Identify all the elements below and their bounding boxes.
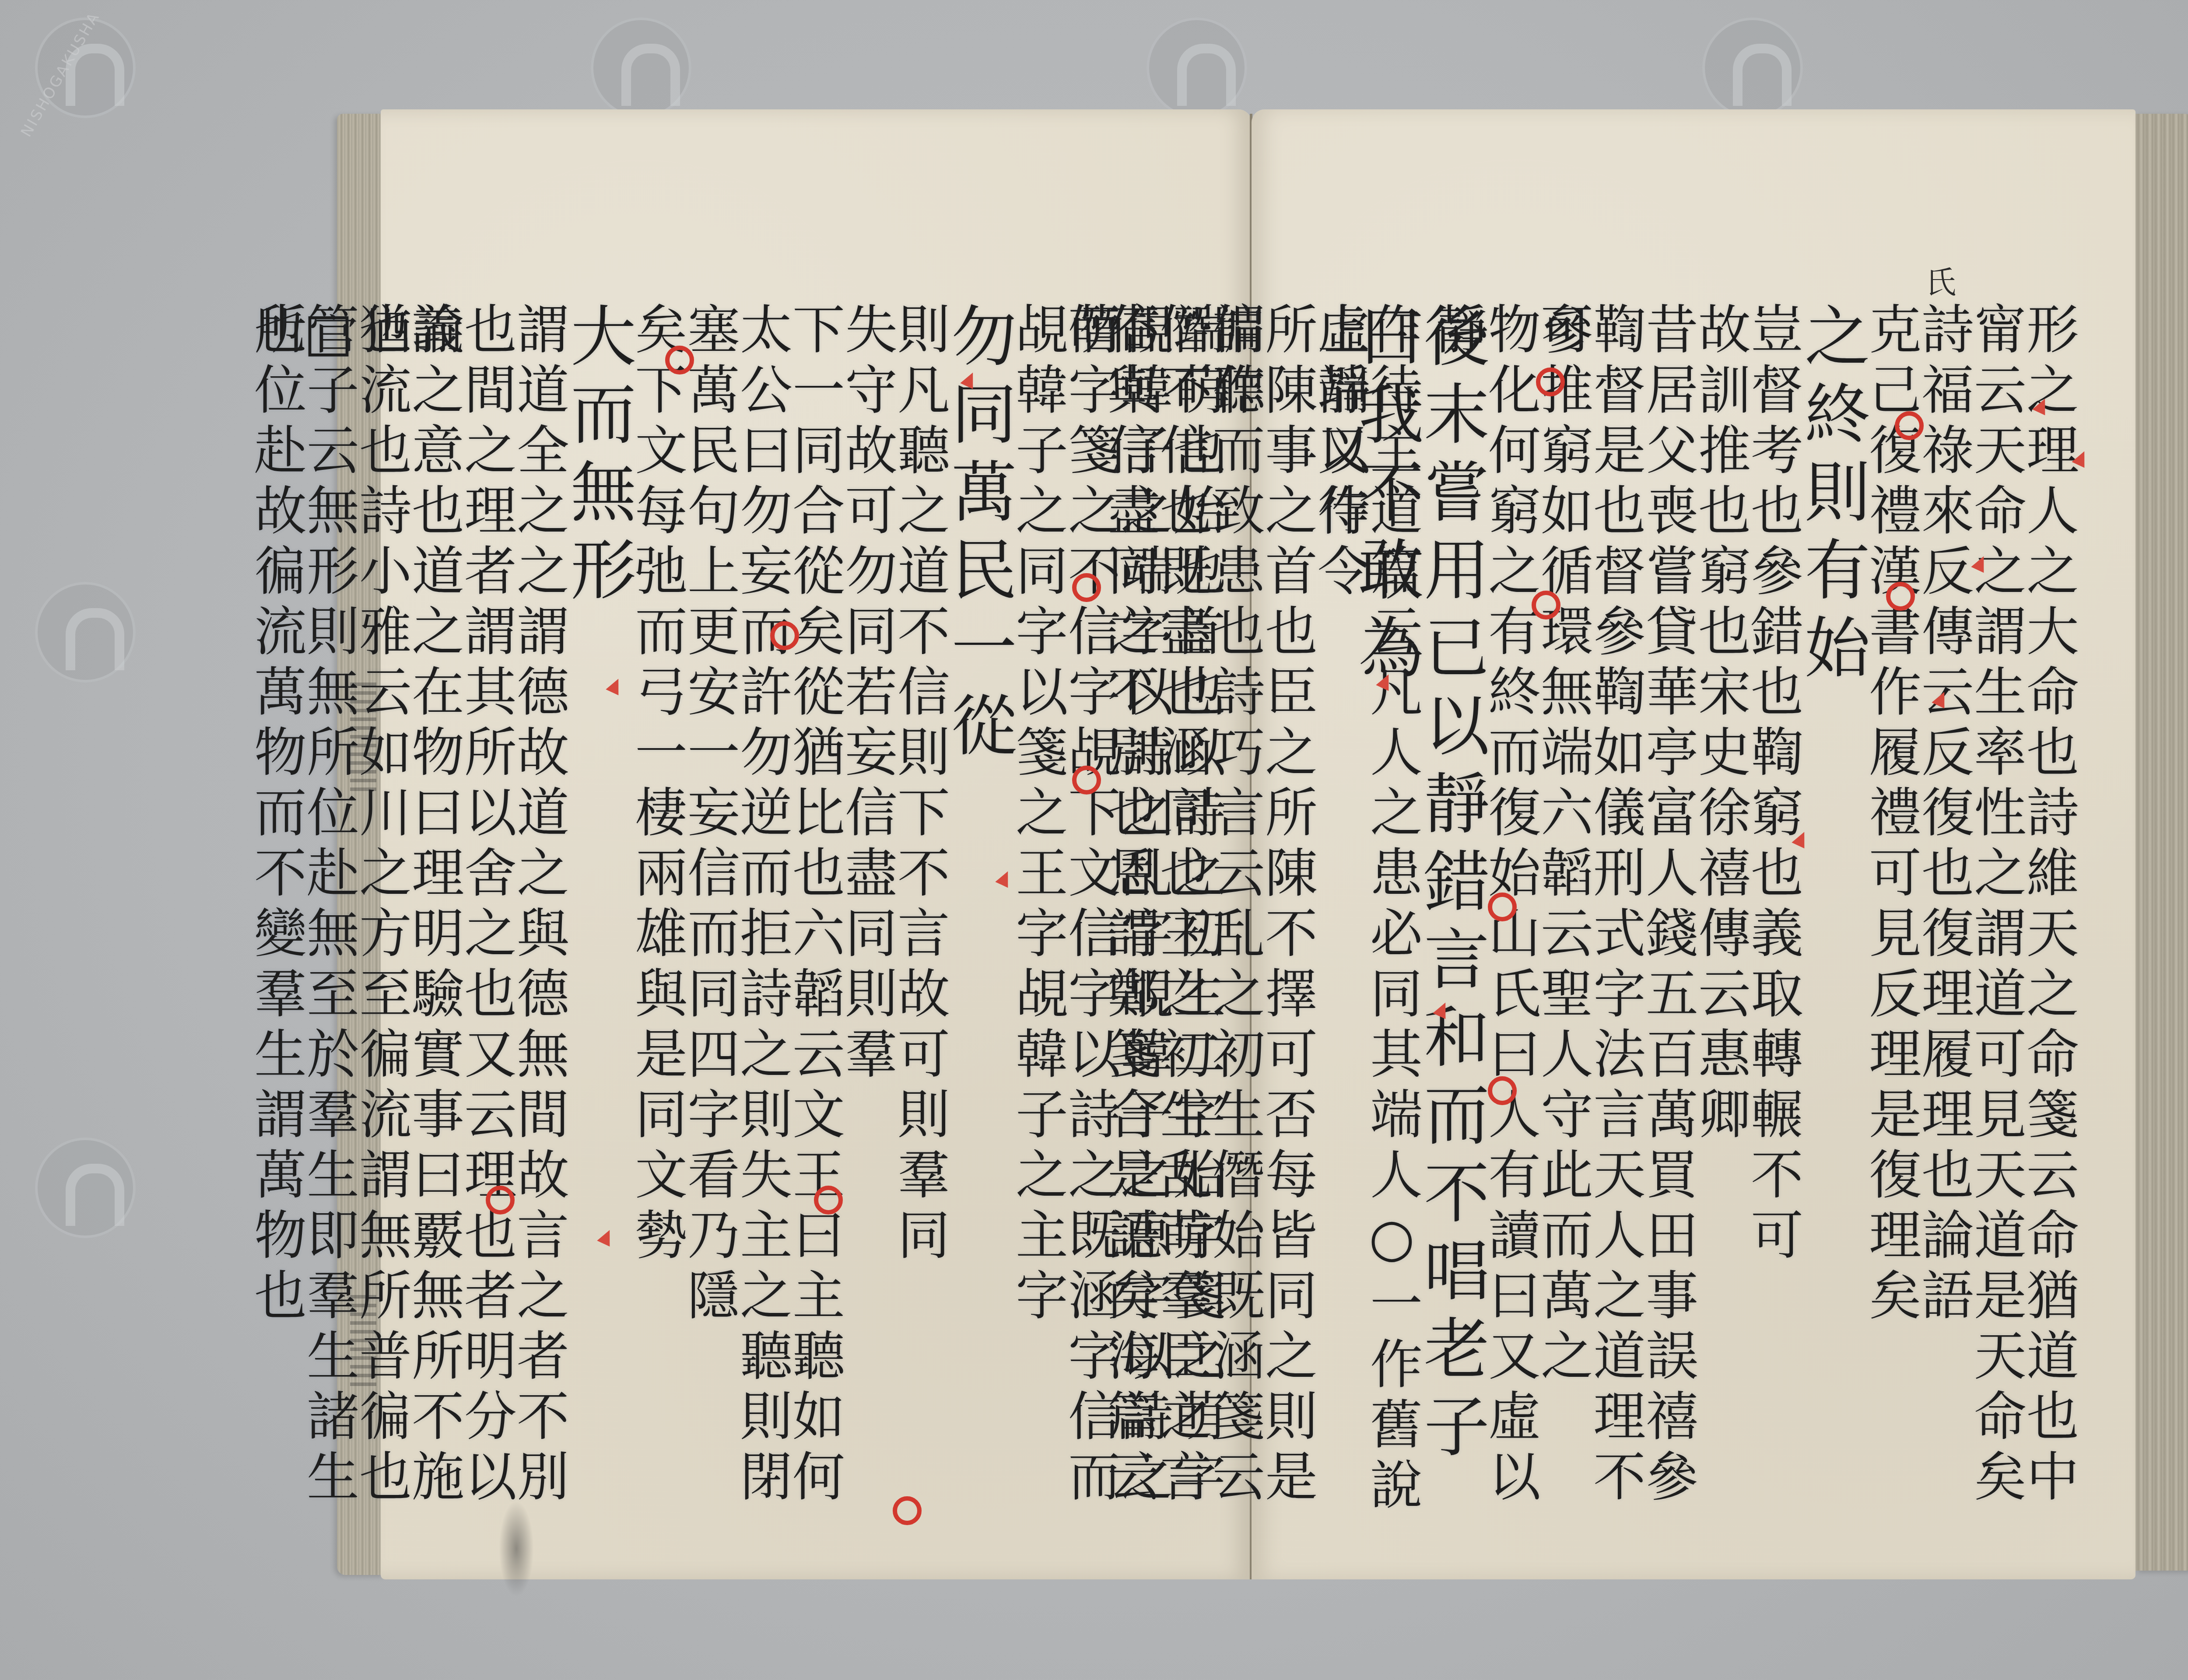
text-column: 下一同合從矣從猶比也六韜云文王曰主聽如何 <box>788 302 840 1518</box>
text-column: 矣下文每弛而弓一棲兩雄與是同文勢 <box>630 302 683 1518</box>
main-text-column: 大而無形 <box>565 302 630 1518</box>
text-column: 詩福祿來反傳云反復也復理履理也論語 <box>1917 302 1969 1518</box>
main-text-column: 之終則有始 <box>1799 302 1864 1518</box>
red-circle-annotation <box>1886 582 1915 611</box>
right-page-text: 形之理人之大命也詩維天之命箋云命猶道也中 甯云天命之謂生率性之謂道可見天道是天命… <box>1282 302 2074 1518</box>
text-column: 鞫督是也督參鞫如儀刑式字法言天人之道理不參 <box>1588 302 1641 1518</box>
open-book: 端萌也始也首也以詩之初生二字始字箋之萌字 覘韓子之端字以詩之乱字覘韓子之恵字以詩… <box>337 105 2188 1584</box>
red-circle-annotation <box>486 1186 515 1214</box>
nishogakusha-logo-icon <box>35 1137 136 1238</box>
text-column: 形之理人之大命也詩維天之命箋云命猶道也中 <box>2022 302 2074 1518</box>
text-column: 豈督考也參錯也鞫窮也義取轉輾不可 <box>1746 302 1799 1518</box>
text-column: 則凡聽之道不信則下不言故可則羣同 <box>893 302 945 1518</box>
text-column: 猶流也詩小雅云如川之方至徧流謂無所普徧也□ <box>354 302 407 1518</box>
red-circle-annotation <box>814 1186 843 1214</box>
text-column: 太公曰勿妄而許勿逆而拒詩之則失主之聽則閉 <box>735 302 788 1518</box>
main-text-column: 勿同萬民一從 <box>945 302 1011 1518</box>
red-circle-annotation <box>1536 367 1565 396</box>
text-column: 僭不信也既盡也涵同也王之初生乱萌羣臣之言不 <box>1155 302 1208 1518</box>
red-circle-annotation <box>665 346 694 374</box>
red-circle-annotation <box>1532 591 1560 619</box>
red-circle-annotation <box>1488 892 1517 921</box>
red-circle-annotation <box>770 621 799 650</box>
text-column: 也間之理者謂其所以舍之也又云理也者明分以諭 <box>459 302 512 1518</box>
ink-smudge <box>499 1501 534 1597</box>
red-circle-annotation <box>1072 573 1101 602</box>
red-circle-annotation <box>1895 411 1924 440</box>
text-column: 可推窮如循環無端六韜云聖人守此而萬之 <box>1536 302 1588 1518</box>
folio-mark: 氏 <box>1925 258 1956 302</box>
text-column: 義之意也道之在物曰理明驗實事曰覈無所不施也 <box>407 302 459 1518</box>
red-circle-annotation <box>1072 766 1101 794</box>
text-column: 所位赴故徧流萬物而不變羣生謂萬物也 <box>249 302 302 1518</box>
text-column: 謂道全之之謂德故道之與德無間故言之者不別 <box>512 302 565 1518</box>
nishogakusha-logo-icon <box>35 582 136 682</box>
text-column: 昔居父喪嘗貸華亭富人錢五百萬買田事誤禧參 <box>1641 302 1694 1518</box>
text-column: 甯云天命之謂生率性之謂道可見天道是天命矣 <box>1969 302 2022 1518</box>
text-column: 失守故可勿同若妄信盡同則羣 <box>840 302 893 1518</box>
right-fore-edge <box>2135 114 2188 1571</box>
right-page: 氏 形之理人之大命也詩維天之命箋云命猶道也中 甯云天命之謂生率性之謂道可見天道是… <box>1252 109 2135 1579</box>
nishogakusha-logo-icon <box>1702 17 1803 118</box>
text-column: 克己復禮漢書作履禮可見反理是復理矣 <box>1864 302 1917 1518</box>
text-column: 偏聽而致患也詩巧言云乱之初生僭始既涵箋云 <box>1208 302 1260 1518</box>
red-circle-annotation <box>893 1496 922 1525</box>
red-circle-annotation <box>1488 1076 1517 1105</box>
text-column: 所陳事之首也臣之所陳不擇可否每皆同之則是謂作 <box>1260 302 1313 1518</box>
nishogakusha-logo-icon <box>591 17 691 118</box>
text-column: 覘韓子之同字以箋之王字覘韓子之主字 <box>1011 302 1063 1518</box>
main-text-column: 後末嘗用已以靜錯言和而不唱老子曰我不敢為 <box>1418 302 1483 1518</box>
text-column: 塞萬民句上更安一妄信而同四字看乃隱 <box>683 302 735 1518</box>
text-column: 故訓推也窮也宋史徐禧傳云惠卿 <box>1694 302 1746 1518</box>
nishogakusha-logo-icon <box>1147 17 1247 118</box>
text-column: 管子云無形則無所位赴無至於羣生即羣生諸生也 <box>302 302 354 1518</box>
text-column: 信與信盡同之不別也恩謂鄭箋合是語矣海篇云 <box>1103 302 1155 1518</box>
